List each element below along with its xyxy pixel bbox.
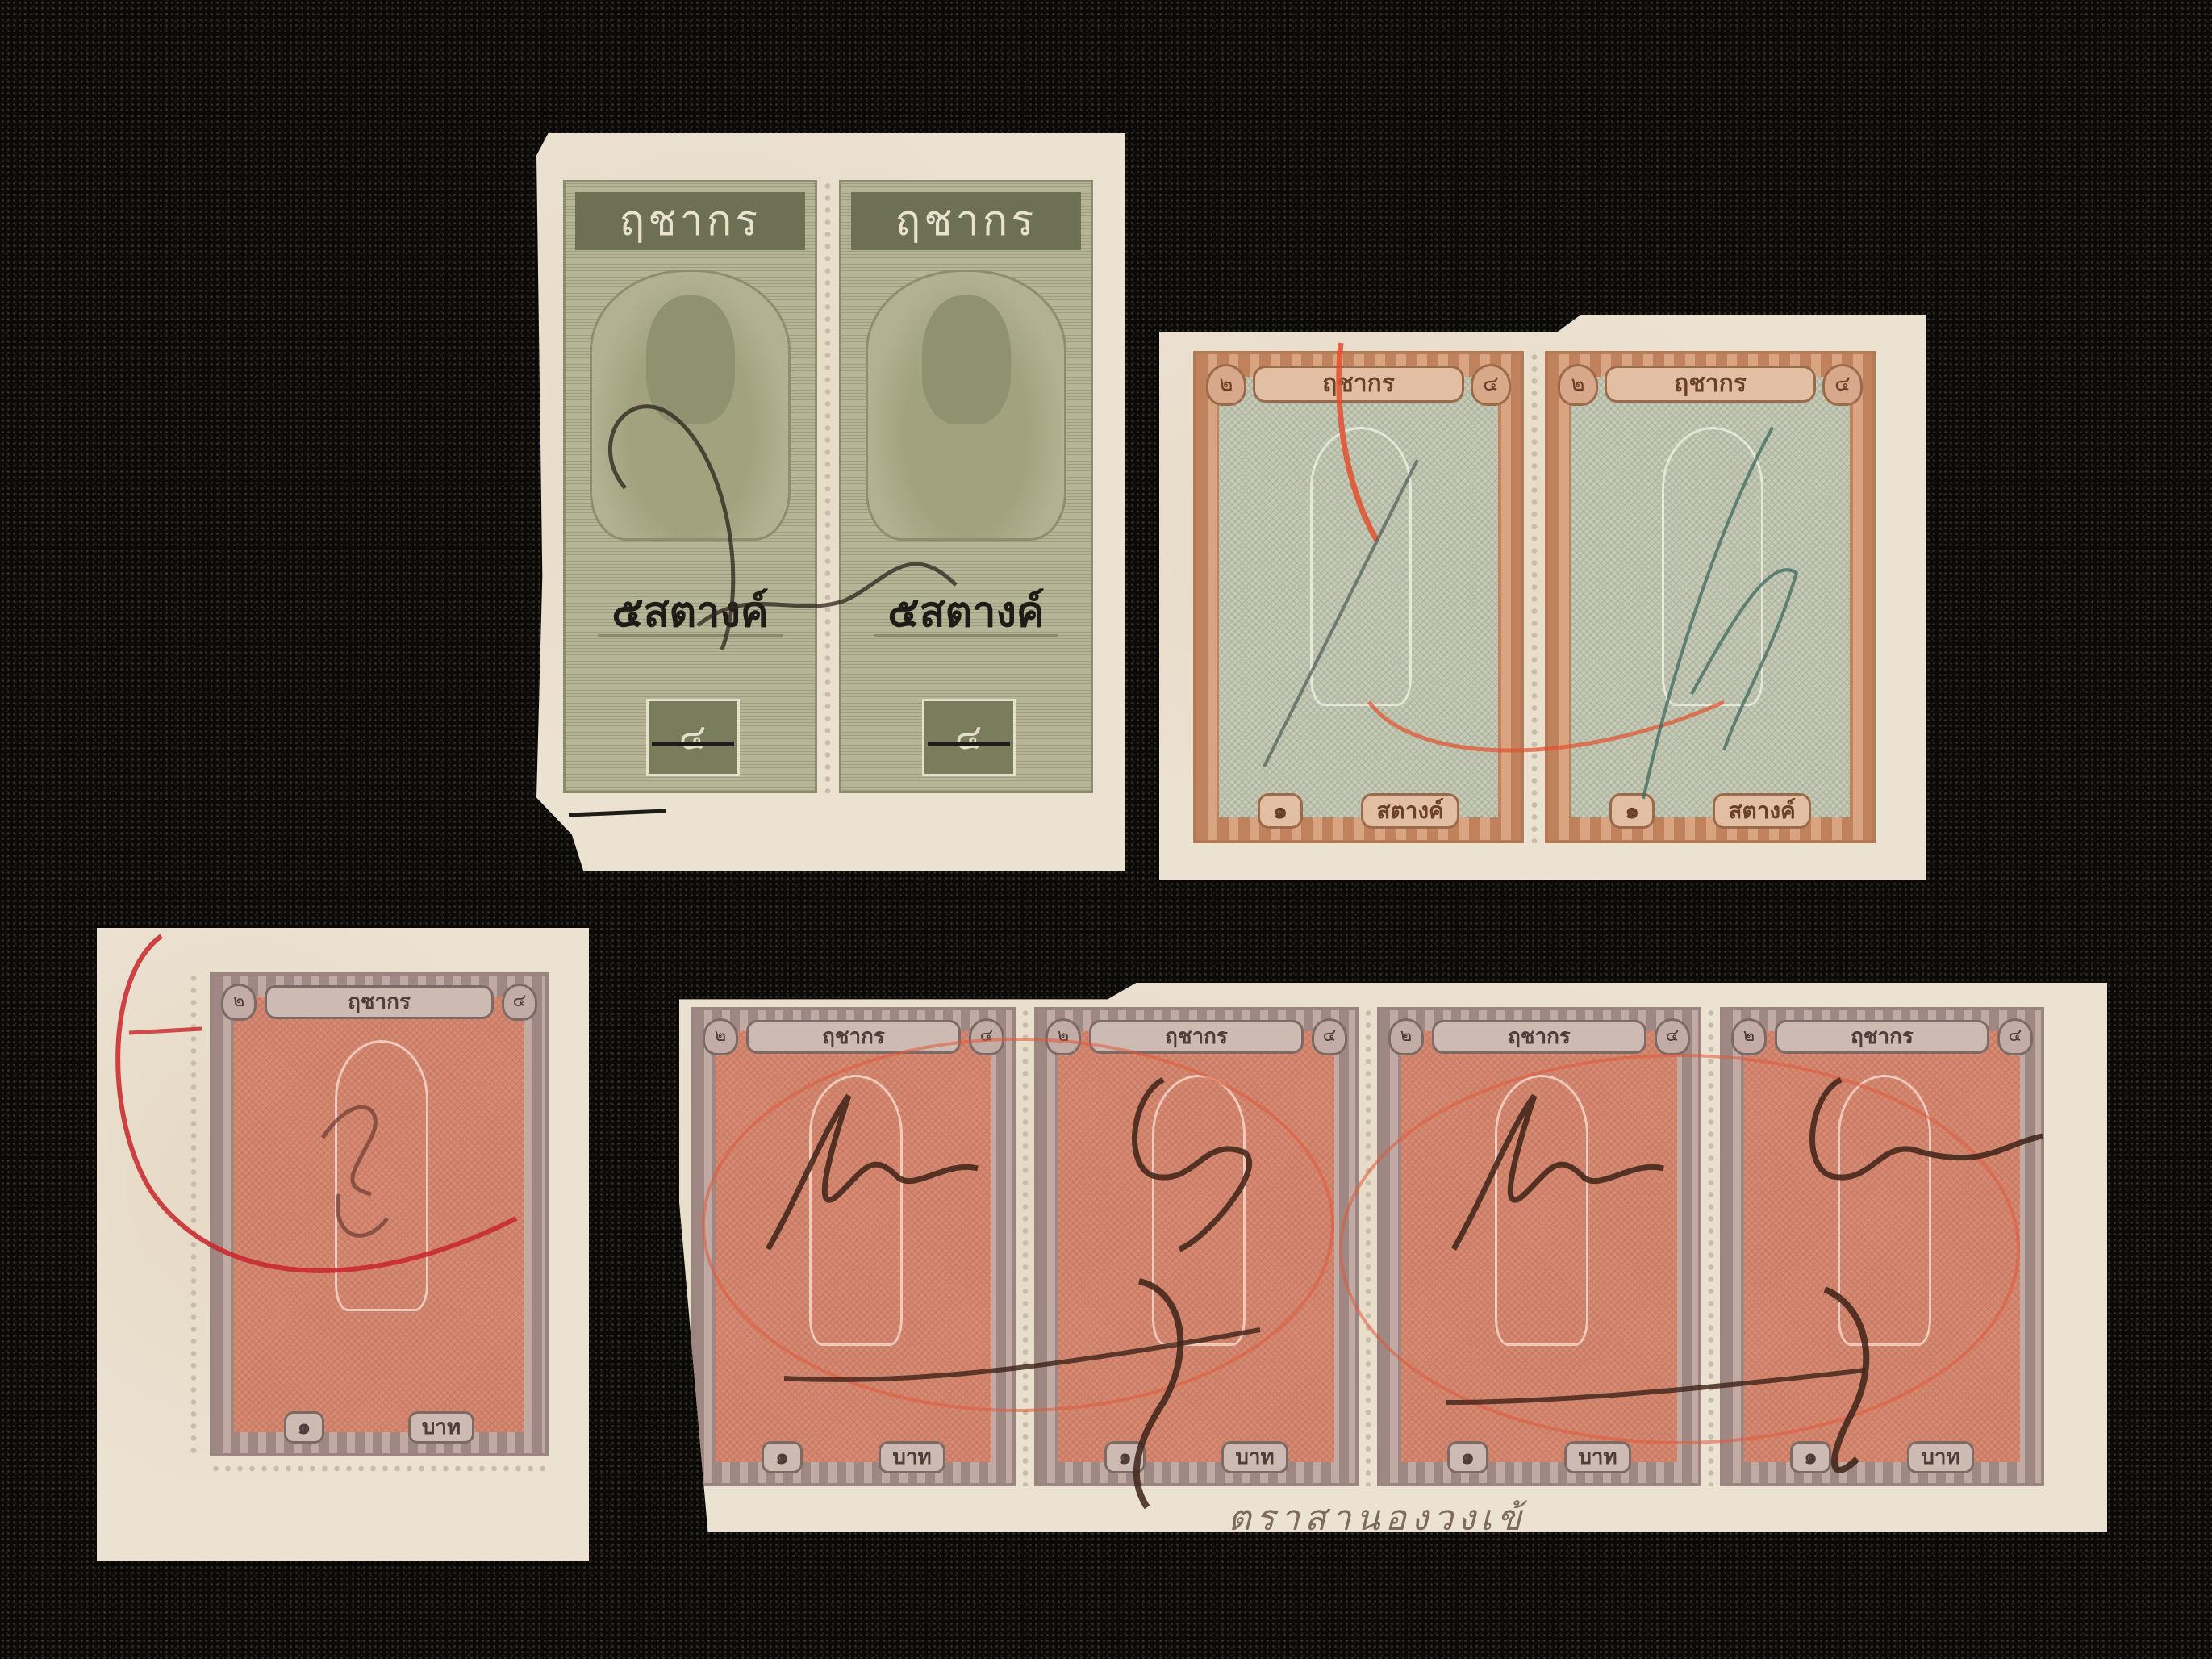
corner-numeral: ๒ <box>1731 1018 1767 1055</box>
value-numeral: ๑ <box>1609 793 1655 829</box>
baht-stamp-3: ๒ ฤชากร ๔ ๑ บาท <box>1377 1007 1701 1486</box>
stamp-value: ๑ สตางค์ <box>1580 793 1840 829</box>
stamp-value: ๑ บาท <box>1752 1441 2012 1473</box>
value-numeral: ๑ <box>762 1441 803 1473</box>
erawan-elephant-figure <box>1152 1075 1246 1346</box>
stamp-header: ฤชากร <box>265 985 494 1019</box>
stamp-header: ฤชากร <box>746 1020 961 1054</box>
green-stamp-left: ฤชากร ๕สตางค์ ๔ <box>563 180 817 793</box>
king-portrait <box>922 295 1011 424</box>
stamp-value: ๑ บาท <box>1066 1441 1326 1473</box>
value-numeral: ๑ <box>1790 1441 1831 1473</box>
baht-stamp: ๒ ฤชากร ๔ ๑ บาท <box>210 972 549 1456</box>
satang-stamp-right: ๒ ฤชากร ๔ ๑ สตางค์ <box>1545 351 1876 843</box>
value-unit: บาท <box>879 1441 945 1473</box>
erawan-elephant-figure <box>1310 427 1412 706</box>
corner-numeral: ๒ <box>221 984 257 1021</box>
baht-stamp-2: ๒ ฤชากร ๔ ๑ บาท <box>1034 1007 1359 1486</box>
corner-numeral: ๒ <box>1558 364 1598 406</box>
perforation-line <box>1364 1007 1372 1486</box>
green-stamp-pair-piece: ฤชากร ๕สตางค์ ๔ ฤชากร ๕สตางค์ ๔ <box>536 133 1125 871</box>
corner-numeral: ๔ <box>1312 1018 1347 1055</box>
original-value-box: ๔ <box>646 699 740 776</box>
stamp-header: ฤชากร <box>575 192 805 250</box>
stamp-header: ฤชากร <box>1605 366 1816 403</box>
stamp-header: ฤชากร <box>1432 1020 1646 1054</box>
satang-stamp-left: ๒ ฤชากร ๔ ๑ สตางค์ <box>1193 351 1524 843</box>
baht-stamp-1: ๒ ฤชากร ๔ ๑ บาท <box>691 1007 1016 1486</box>
value-unit: บาท <box>1564 1441 1630 1473</box>
stamp-value: ๑ บาท <box>1409 1441 1669 1473</box>
margin-handwriting: ตราสานองวงเข้ <box>1228 1490 1526 1546</box>
corner-numeral: ๔ <box>1997 1018 2033 1055</box>
original-value-box: ๔ <box>922 699 1016 776</box>
corner-numeral: ๔ <box>1822 364 1863 406</box>
stamp-header: ฤชากร <box>851 192 1081 250</box>
stamp-value: ๑ บาท <box>242 1411 516 1444</box>
satang-stamp-pair-piece: ๒ ฤชากร ๔ ๑ สตางค์ ๒ ฤชากร ๔ ๑ สตางค์ <box>1159 315 1926 880</box>
erawan-elephant-figure <box>1662 427 1763 706</box>
corner-numeral: ๒ <box>1206 364 1246 406</box>
scales-of-justice-icon <box>598 634 783 693</box>
perforation-line <box>1021 1007 1029 1486</box>
value-unit: บาท <box>408 1411 474 1444</box>
erawan-elephant-figure <box>809 1075 903 1346</box>
stamp-value: ๑ บาท <box>724 1441 983 1473</box>
king-portrait <box>646 295 735 424</box>
corner-numeral: ๔ <box>969 1018 1004 1055</box>
corner-numeral: ๔ <box>1655 1018 1690 1055</box>
baht-strip-piece: ๒ ฤชากร ๔ ๑ บาท ๒ ฤชากร ๔ ๑ บาท ๒ ฤชากร … <box>679 983 2107 1532</box>
baht-stamp-4: ๒ ฤชากร ๔ ๑ บาท <box>1720 1007 2044 1486</box>
stamp-header: ฤชากร <box>1775 1020 1989 1054</box>
corner-numeral: ๒ <box>1045 1018 1081 1055</box>
stamp-value: ๑ สตางค์ <box>1229 793 1488 829</box>
perforation-line <box>824 180 832 793</box>
perforation-line <box>1707 1007 1715 1486</box>
corner-numeral: ๔ <box>502 984 537 1021</box>
perforation-line <box>210 1465 549 1473</box>
value-unit: บาท <box>1221 1441 1288 1473</box>
stamp-header: ฤชากร <box>1089 1020 1304 1054</box>
scales-of-justice-icon <box>874 634 1058 693</box>
stamp-header: ฤชากร <box>1253 366 1464 403</box>
value-numeral: ๑ <box>284 1411 325 1444</box>
baht-single-piece: ๒ ฤชากร ๔ ๑ บาท <box>97 928 589 1561</box>
erawan-elephant-figure <box>1495 1075 1588 1346</box>
erawan-elephant-figure <box>335 1040 428 1311</box>
perforation-line <box>1530 351 1538 843</box>
value-unit: สตางค์ <box>1361 793 1459 829</box>
corner-numeral: ๔ <box>1471 364 1511 406</box>
value-numeral: ๑ <box>1447 1441 1488 1473</box>
value-numeral: ๑ <box>1104 1441 1146 1473</box>
corner-numeral: ๒ <box>703 1018 738 1055</box>
value-numeral: ๑ <box>1258 793 1303 829</box>
corner-numeral: ๒ <box>1388 1018 1424 1055</box>
perforation-line <box>190 972 198 1456</box>
erawan-elephant-figure <box>1838 1075 1931 1346</box>
value-unit: บาท <box>1907 1441 1973 1473</box>
value-unit: สตางค์ <box>1713 793 1810 829</box>
green-stamp-right: ฤชากร ๕สตางค์ ๔ <box>839 180 1093 793</box>
